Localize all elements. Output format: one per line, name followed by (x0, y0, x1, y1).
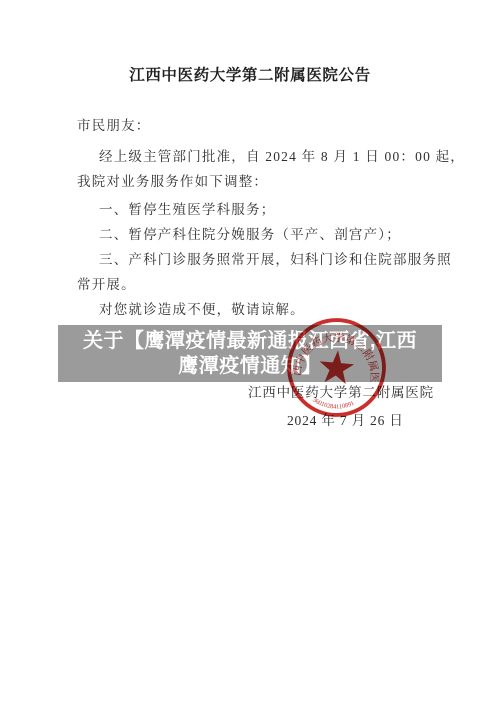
announcement-page: 江西中医药大学第二附属医院公告 市民朋友： 经上级主管部门批准，自 2024 年… (0, 0, 500, 707)
official-seal: 江西中医药大学第二附属医院 36010284110891 (281, 312, 393, 424)
body-line: 对您就诊造成不便，敬请谅解。 (77, 298, 459, 318)
body-line: 经上级主管部门批准，自 2024 年 8 月 1 日 00：00 起， (77, 145, 459, 165)
body-line: 常开展。 (77, 273, 437, 293)
body-line: 二、暂停产科住院分娩服务（平产、剖宫产）； (77, 223, 459, 243)
body-line: 我院对业务服务作如下调整： (77, 170, 437, 190)
salutation-line: 市民朋友： (77, 114, 437, 134)
body-line: 一、暂停生殖医学科服务； (77, 198, 459, 218)
page-title: 江西中医药大学第二附属医院公告 (0, 63, 500, 85)
body-line: 三、产科门诊服务照常开展，妇科门诊和住院部服务照 (77, 248, 459, 268)
star-icon (318, 349, 355, 385)
